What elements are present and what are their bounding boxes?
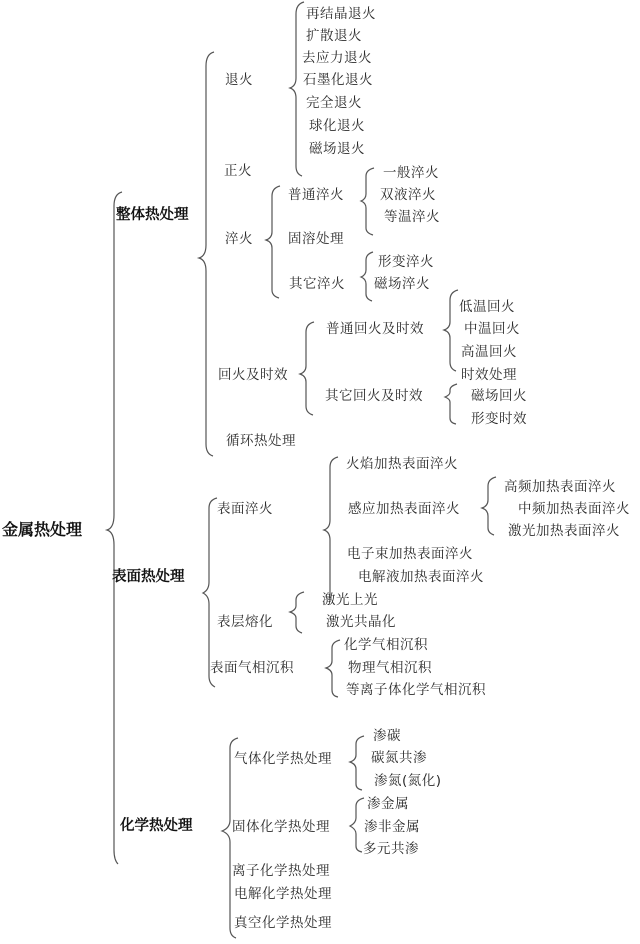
leaf: 激光上光	[322, 591, 378, 609]
leaf: 渗碳	[373, 727, 401, 745]
node-other-tempering: 其它回火及时效	[325, 387, 423, 405]
leaf: 双液淬火	[380, 186, 436, 204]
brace-normal-quench	[361, 168, 374, 235]
node-other-quenching: 其它淬火	[289, 275, 345, 293]
brace-other-temper	[445, 384, 457, 424]
node-electrolytic-chemical: 电解化学热处理	[234, 885, 332, 903]
leaf: 多元共渗	[363, 840, 419, 858]
leaf: 电解液加热表面淬火	[358, 568, 484, 586]
brace-chemical	[222, 738, 238, 938]
category-whole-heat-treatment: 整体热处理	[116, 206, 189, 224]
node-cyclic-heat-treatment: 循环热处理	[226, 432, 296, 450]
leaf: 球化退火	[309, 117, 365, 135]
node-normalizing: 正火	[224, 162, 252, 180]
leaf: 低温回火	[459, 298, 515, 316]
leaf: 形变时效	[471, 410, 527, 428]
leaf: 磁场退火	[309, 140, 365, 158]
node-vapor-deposition: 表面气相沉积	[210, 659, 294, 677]
node-solid-chemical: 固体化学热处理	[232, 818, 330, 836]
category-chemical-heat-treatment: 化学热处理	[120, 817, 193, 835]
node-surface-quenching: 表面淬火	[217, 500, 273, 518]
leaf: 碳氮共渗	[371, 749, 427, 767]
brace-solid-chem	[350, 798, 364, 852]
root-brace	[107, 192, 122, 864]
node-solution-treatment: 固溶处理	[288, 230, 344, 248]
leaf: 等温淬火	[384, 208, 440, 226]
brace-surface-melt	[290, 592, 304, 633]
leaf: 扩散退火	[306, 27, 362, 45]
brace-quenching	[266, 186, 280, 298]
leaf: 去应力退火	[302, 49, 372, 67]
leaf: 渗非金属	[364, 818, 420, 836]
root-label: 金属热处理	[2, 521, 82, 539]
leaf: 渗金属	[367, 795, 409, 813]
node-surface-melting: 表层熔化	[217, 613, 273, 631]
leaf: 激光加热表面淬火	[508, 522, 620, 540]
node-vacuum-chemical: 真空化学热处理	[234, 914, 332, 932]
leaf: 时效处理	[461, 366, 517, 384]
leaf: 电子束加热表面淬火	[347, 545, 473, 563]
node-ion-chemical: 离子化学热处理	[232, 862, 330, 880]
leaf: 形变淬火	[378, 253, 434, 271]
leaf: 一般淬火	[383, 164, 439, 182]
node-normal-tempering: 普通回火及时效	[326, 320, 424, 338]
leaf: 高频加热表面淬火	[504, 478, 616, 496]
node-induction-heating: 感应加热表面淬火	[348, 500, 460, 518]
node-normal-quenching: 普通淬火	[288, 186, 344, 204]
leaf: 高温回火	[461, 343, 517, 361]
leaf: 物理气相沉积	[348, 659, 432, 677]
leaf: 中频加热表面淬火	[518, 500, 630, 518]
brace-surface-quench	[324, 457, 338, 602]
leaf: 火焰加热表面淬火	[346, 455, 458, 473]
leaf: 磁场淬火	[374, 275, 430, 293]
node-tempering-aging: 回火及时效	[218, 366, 288, 384]
brace-normal-temper	[444, 290, 458, 371]
leaf: 完全退火	[306, 94, 362, 112]
category-surface-heat-treatment: 表面热处理	[112, 568, 185, 586]
leaf: 渗氮(氮化)	[374, 772, 442, 790]
brace-tempering	[300, 322, 314, 415]
node-gas-chemical: 气体化学热处理	[234, 750, 332, 768]
brace-vapor-dep	[326, 640, 340, 697]
leaf: 再结晶退火	[306, 5, 376, 23]
brace-gas-chem	[350, 736, 364, 790]
leaf: 中温回火	[464, 320, 520, 338]
leaf: 激光共晶化	[326, 613, 396, 631]
brace-other-quench	[361, 252, 373, 301]
leaf: 等离子体化学气相沉积	[346, 681, 486, 699]
brace-annealing	[290, 2, 304, 176]
brace-whole	[199, 52, 214, 456]
leaf: 磁场回火	[471, 387, 527, 405]
node-quenching: 淬火	[225, 230, 253, 248]
brace-induction	[482, 477, 496, 535]
leaf: 化学气相沉积	[344, 636, 428, 654]
leaf: 石墨化退火	[303, 71, 373, 89]
node-annealing: 退火	[225, 71, 253, 89]
